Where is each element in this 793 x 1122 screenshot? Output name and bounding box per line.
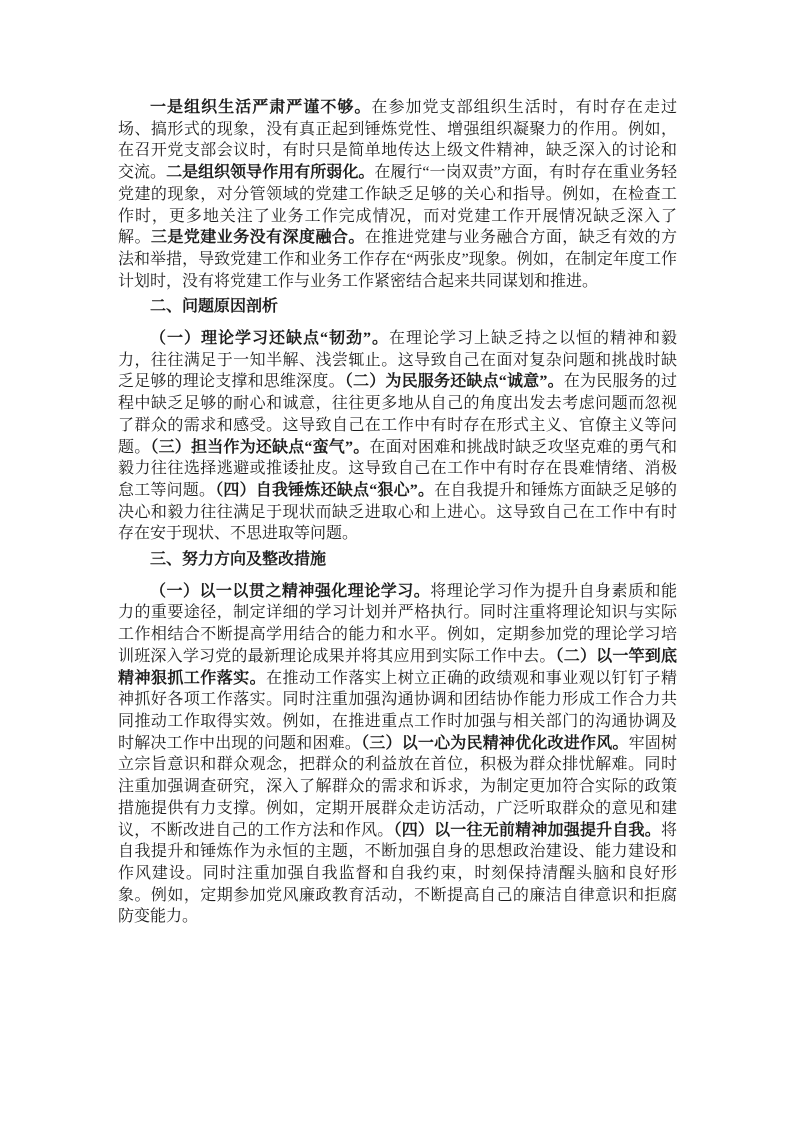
bold-text-run: 一是组织生活严肃严谨不够。 (150, 99, 371, 116)
paragraph: 一是组织生活严肃严谨不够。在参加党支部组织生活时，有时存在走过场、搞形式的现象，… (118, 97, 677, 292)
bold-text-run: 二是组织领导作用有所弱化。 (166, 164, 374, 181)
section-heading: 三、努力方向及整改措施 (118, 549, 677, 571)
bold-text-run: （三）以一心为民精神优化改进作风。 (361, 735, 628, 752)
bold-text-run: （一）理论学习还缺点“韧劲”。 (150, 330, 389, 347)
section-heading: 二、问题原因剖析 (118, 296, 677, 318)
bold-text-run: 三、努力方向及整改措施 (150, 551, 326, 568)
bold-text-run: （二）为民服务还缺点“诚意”。 (345, 373, 564, 390)
bold-text-run: （四）自我锤炼还缺点“狠心”。 (215, 482, 434, 499)
bold-text-run: （三）担当作为还缺点“蛮气”。 (150, 439, 369, 456)
document-body: 一是组织生活严肃严谨不够。在参加党支部组织生活时，有时存在走过场、搞形式的现象，… (118, 97, 677, 928)
paragraph: （一）理论学习还缺点“韧劲”。在理论学习上缺乏持之以恒的精神和毅力，往往满足于一… (118, 328, 677, 545)
bold-text-run: （四）以一往无前精神加强提升自我。 (393, 822, 660, 839)
document-page: 一是组织生活严肃严谨不够。在参加党支部组织生活时，有时存在走过场、搞形式的现象，… (0, 0, 793, 1122)
bold-text-run: 三是党建业务没有深度融合。 (151, 229, 365, 246)
paragraph: （一）以一以贯之精神强化理论学习。将理论学习作为提升自身素质和能力的重要途径，制… (118, 581, 677, 928)
bold-text-run: 二、问题原因剖析 (150, 298, 278, 315)
bold-text-run: （一）以一以贯之精神强化理论学习。 (150, 583, 430, 600)
